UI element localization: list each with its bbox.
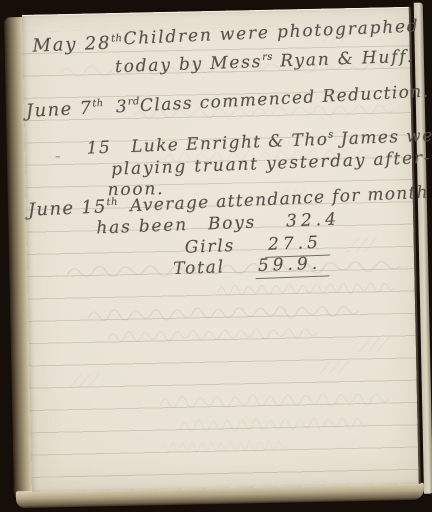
entry-text: James were [333,125,432,149]
attendance-label: Girls [184,236,235,258]
attendance-label: Boys [208,213,257,235]
spacing [188,229,208,230]
attendance-label: Total [173,257,225,279]
attendance-value-underlined: 59.9. [255,253,330,279]
entry-may28-date: May 28th [32,33,123,56]
abbreviation-superscript: rs [262,52,273,63]
entry-text: 3 [115,97,128,118]
date-superscript: th [106,197,118,208]
day-number: 15 [86,138,111,159]
entry-text: Children were photographed [123,16,420,49]
spacing [225,271,255,272]
entry-may28-line2: today by Messrs Ryan & Huff. [115,47,415,77]
entry-text: Class commenced Reduction. [139,82,429,117]
photo-frame: May 28th Children were photographed toda… [0,0,432,512]
spacing [104,112,116,113]
notebook-page: May 28th Children were photographed toda… [22,7,421,492]
spacing [111,152,131,153]
ordinal-superscript: rd [128,96,141,108]
entry-text: today by Mess [115,52,263,77]
entry-may28-line1: Children were photographed [123,17,420,49]
date-superscript: th [92,98,104,110]
entry-text: Ryan & Huff. [273,47,415,72]
spacing [235,250,265,251]
spacing [256,226,286,227]
spacing [118,211,130,212]
notebook: May 28th Children were photographed toda… [0,0,432,512]
attendance-value: 32.4 [286,209,341,231]
date-text: June 15 [28,196,108,221]
entry-text: has been [96,215,188,238]
date-superscript: th [111,33,123,44]
entry-text: Average attendance for month [130,183,430,217]
attendance-total-row: Total59.9. [173,254,330,278]
date-text: June 7 [25,98,93,122]
ditto-mark: - [55,147,63,166]
entry-june7-line1: June 7th3rdClass commenced Reduction. [26,82,430,122]
date-text: May 28 [32,33,112,57]
